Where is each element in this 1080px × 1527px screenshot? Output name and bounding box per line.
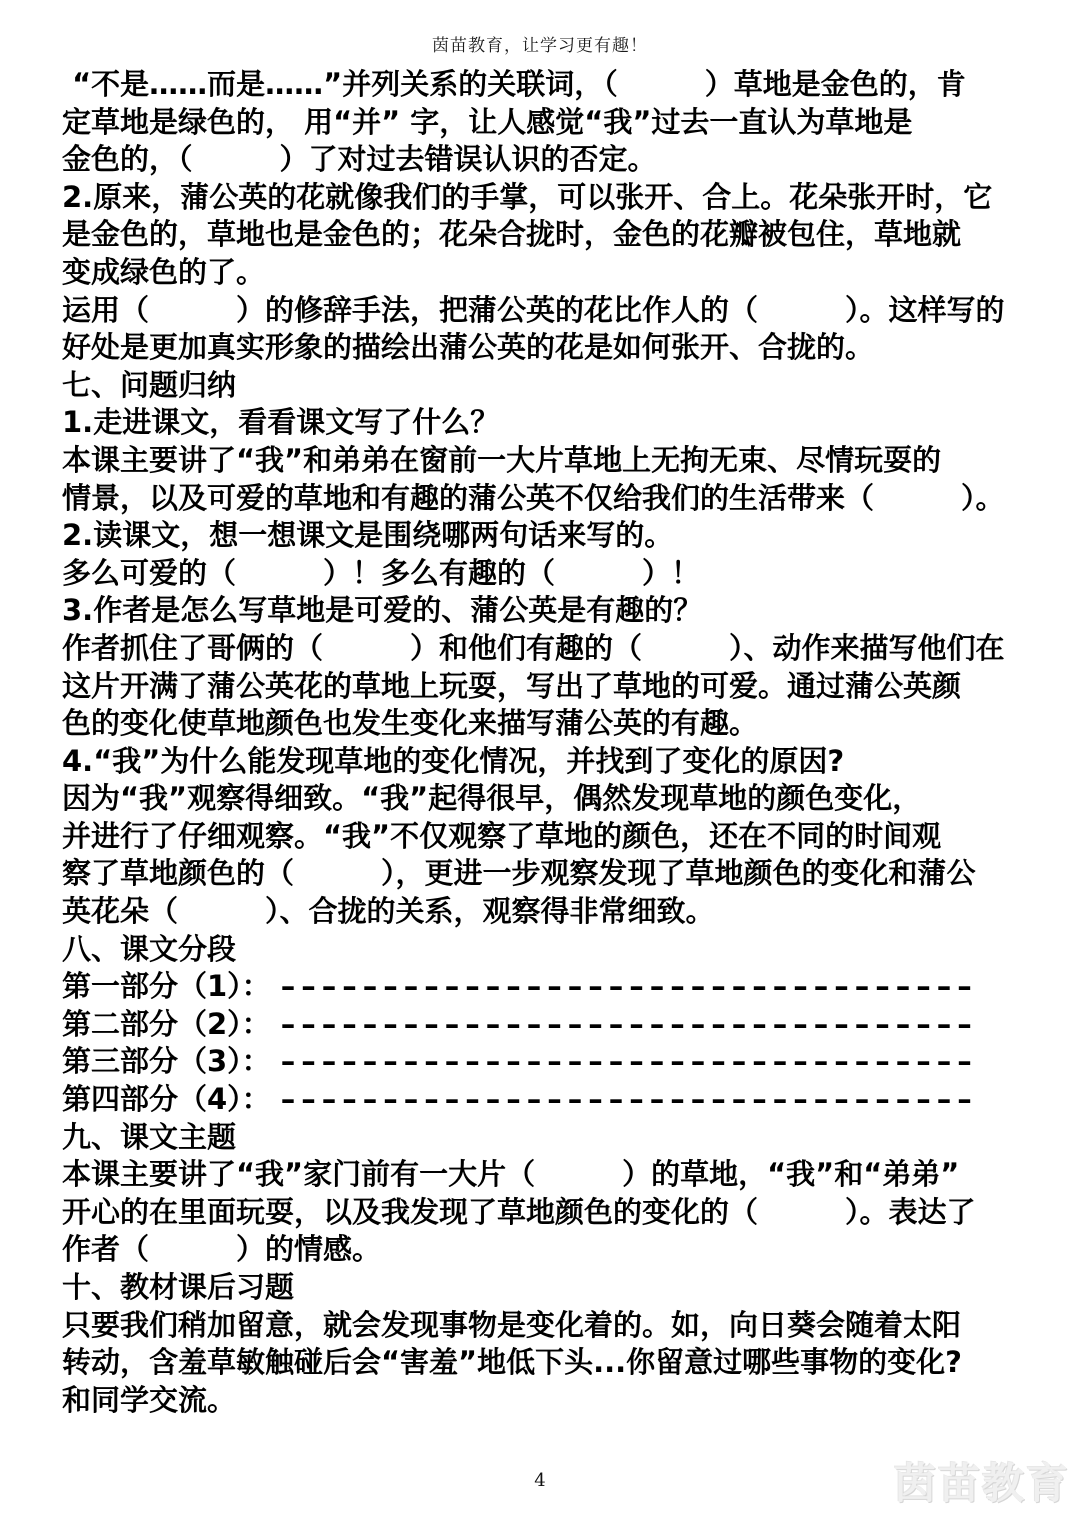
blank-dashes: ––––––––––––––––––––––––––––––––––: [281, 1006, 978, 1044]
text-line: 转动，含羞草敏触碰后会“害羞”地低下头...你留意过哪些事物的变化?: [62, 1344, 1030, 1382]
section-heading: 七、问题归纳: [62, 367, 1030, 405]
blank-label: 第一部分（1）：: [62, 968, 281, 1006]
text-line: 金色的，（ ）了对过去错误认识的否定。: [62, 141, 1030, 179]
text-line: 色的变化使草地颜色也发生变化来描写蒲公英的有趣。: [62, 705, 1030, 743]
fill-blank-line: 第一部分（1）： –––––––––––––––––––––––––––––––…: [62, 968, 1030, 1006]
text-line: 开心的在里面玩耍，以及我发现了草地颜色的变化的（ ）。表达了: [62, 1194, 1030, 1232]
text-line: 本课主要讲了“我”和弟弟在窗前一大片草地上无拘无束、尽情玩耍的: [62, 442, 1030, 480]
text-line: “不是……而是……”并列关系的关联词，（ ）草地是金色的，肯: [62, 66, 1030, 104]
text-line: 这片开满了蒲公英花的草地上玩耍，写出了草地的可爱。通过蒲公英颜: [62, 668, 1030, 706]
blank-label: 第二部分（2）：: [62, 1006, 281, 1044]
text-line: 英花朵（ ）、合拢的关系，观察得非常细致。: [62, 893, 1030, 931]
fill-blank-line: 第三部分（3）： –––––––––––––––––––––––––––––––…: [62, 1043, 1030, 1081]
text-line: 和同学交流。: [62, 1382, 1030, 1420]
text-line: 作者抓住了哥俩的（ ）和他们有趣的（ ）、动作来描写他们在: [62, 630, 1030, 668]
text-line: 2.原来，蒲公英的花就像我们的手掌，可以张开、合上。花朵张开时，它: [62, 179, 1030, 217]
text-line: 多么可爱的（ ）！多么有趣的（ ）！: [62, 555, 1030, 593]
question-line: 1.走进课文，看看课文写了什么？: [62, 404, 1030, 442]
text-line: 只要我们稍加留意，就会发现事物是变化着的。如，向日葵会随着太阳: [62, 1307, 1030, 1345]
fill-blank-line: 第四部分（4）： –––––––––––––––––––––––––––––––…: [62, 1081, 1030, 1119]
text-line: 作者（ ）的情感。: [62, 1231, 1030, 1269]
page-header: 茵苗教育，让学习更有趣！: [0, 31, 1080, 56]
text-line: 并进行了仔细观察。“我”不仅观察了草地的颜色，还在不同的时间观: [62, 818, 1030, 856]
watermark: 茵苗教育: [894, 1451, 1070, 1511]
text-line: 变成绿色的了。: [62, 254, 1030, 292]
text-line: 察了草地颜色的（ ），更进一步观察发现了草地颜色的变化和蒲公: [62, 855, 1030, 893]
worksheet-body: “不是……而是……”并列关系的关联词，（ ）草地是金色的，肯 定草地是绿色的， …: [62, 66, 1030, 1419]
blank-dashes: ––––––––––––––––––––––––––––––––––: [281, 1081, 978, 1119]
section-heading: 九、课文主题: [62, 1119, 1030, 1157]
text-line: 本课主要讲了“我”家门前有一大片（ ）的草地，“我”和“弟弟”: [62, 1156, 1030, 1194]
question-line: 4.“我”为什么能发现草地的变化情况，并找到了变化的原因?: [62, 743, 1030, 781]
section-heading: 八、课文分段: [62, 931, 1030, 969]
text-line: 情景，以及可爱的草地和有趣的蒲公英不仅给我们的生活带来（ ）。: [62, 480, 1030, 518]
blank-dashes: ––––––––––––––––––––––––––––––––––: [281, 1043, 978, 1081]
text-line: 运用（ ）的修辞手法，把蒲公英的花比作人的（ ）。这样写的: [62, 292, 1030, 330]
blank-label: 第四部分（4）：: [62, 1081, 281, 1119]
text-line: 因为“我”观察得细致。“我”起得很早，偶然发现草地的颜色变化，: [62, 780, 1030, 818]
question-line: 2.读课文，想一想课文是围绕哪两句话来写的。: [62, 517, 1030, 555]
text-line: 定草地是绿色的， 用“并” 字，让人感觉“我”过去一直认为草地是: [62, 104, 1030, 142]
fill-blank-line: 第二部分（2）： –––––––––––––––––––––––––––––––…: [62, 1006, 1030, 1044]
blank-dashes: ––––––––––––––––––––––––––––––––––: [281, 968, 978, 1006]
text-line: 好处是更加真实形象的描绘出蒲公英的花是如何张开、合拢的。: [62, 329, 1030, 367]
text-line: 是金色的，草地也是金色的；花朵合拢时，金色的花瓣被包住，草地就: [62, 216, 1030, 254]
blank-label: 第三部分（3）：: [62, 1043, 281, 1081]
section-heading: 十、教材课后习题: [62, 1269, 1030, 1307]
question-line: 3.作者是怎么写草地是可爱的、蒲公英是有趣的？: [62, 592, 1030, 630]
